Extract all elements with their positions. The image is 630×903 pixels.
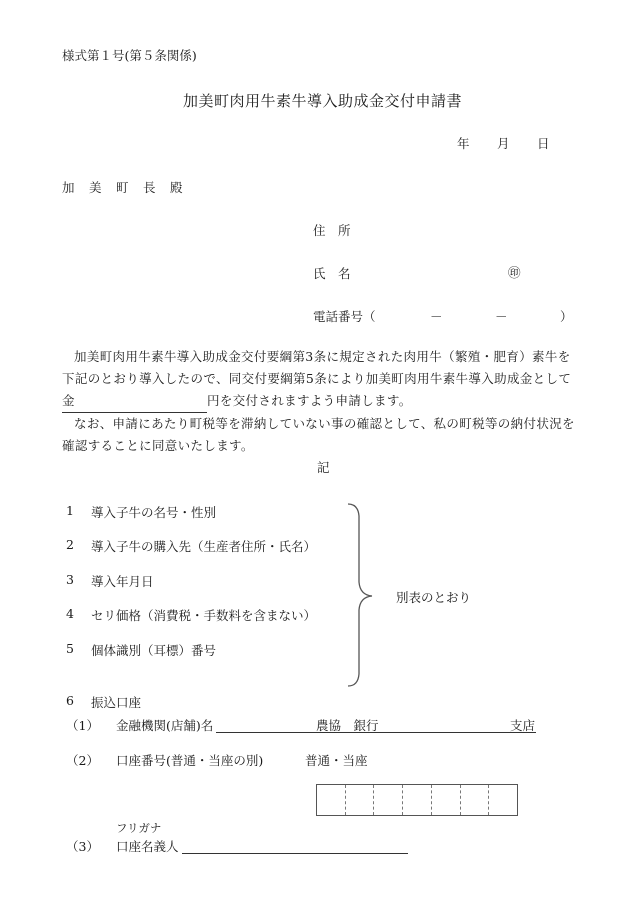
account-digit-1[interactable] (317, 785, 346, 815)
item-2-num: 2 (66, 537, 74, 552)
name-label: 氏 名 (313, 264, 351, 282)
date-month-label: 月 (497, 134, 510, 152)
phone-label: 電話番号（ (313, 307, 376, 325)
phone-close: ） (560, 307, 573, 325)
bank-row-2-num: （2） (66, 751, 99, 769)
application-body: 加美町肉用牛素牛導入助成金交付要綱第3条に規定された肉用牛（繁殖・肥育）素牛を … (62, 346, 587, 457)
bank-type-label: 農協 銀行 (316, 716, 379, 734)
bank-row-3-label: 口座名義人 (116, 837, 179, 855)
furigana-label: フリガナ (116, 820, 161, 836)
body-line-1: 加美町肉用牛素牛導入助成金交付要綱第3条に規定された肉用牛（繁殖・肥育）素牛を (62, 346, 587, 368)
phone-separator-2: － (495, 307, 508, 325)
body-line-2: 下記のとおり導入したので、同交付要綱第5条により加美町肉用牛素牛導入助成金として (62, 368, 587, 390)
account-digit-5[interactable] (432, 785, 461, 815)
body-line-4: なお、申請にあたり町税等を滞納していない事の確認として、私の町税等の納付状況を (62, 413, 587, 435)
addressee: 加 美 町 長 殿 (62, 178, 184, 196)
item-3-label: 導入年月日 (91, 572, 154, 590)
brace-note: 別表のとおり (396, 588, 471, 606)
body-line-5: 確認することに同意いたします。 (62, 435, 587, 457)
account-holder-field[interactable] (182, 837, 408, 854)
seal-mark: ㊞ (508, 263, 521, 281)
branch-label: 支店 (510, 716, 535, 734)
account-digit-2[interactable] (346, 785, 375, 815)
bank-row-2-label: 口座番号(普通・当座の別) (116, 751, 263, 769)
item-4-label: セリ価格（消費税・手数料を含まない） (91, 606, 316, 624)
document-title: 加美町肉用牛素牛導入助成金交付申請書 (183, 90, 462, 111)
amount-field[interactable]: 金 (62, 390, 207, 413)
account-digit-3[interactable] (374, 785, 403, 815)
bank-row-1-num: （1） (66, 716, 99, 734)
item-3-num: 3 (66, 572, 74, 587)
item-2-label: 導入子牛の購入先（生産者住所・氏名） (91, 537, 316, 555)
account-digit-7[interactable] (489, 785, 517, 815)
item-1-label: 導入子牛の名号・性別 (91, 503, 216, 521)
bank-row-1-label: 金融機関(店舗)名 (116, 716, 213, 734)
account-digit-4[interactable] (403, 785, 432, 815)
amount-prefix: 金 (62, 393, 75, 408)
phone-separator-1: － (430, 307, 443, 325)
date-day-label: 日 (537, 134, 550, 152)
item-5-num: 5 (66, 641, 74, 656)
bank-heading-num: 6 (66, 693, 74, 708)
bank-name-field[interactable]: 農協 銀行 支店 (216, 716, 536, 733)
account-number-boxes[interactable] (316, 784, 518, 816)
form-number: 様式第１号(第５条関係) (62, 46, 197, 64)
date-year-label: 年 (457, 134, 470, 152)
item-5-label: 個体識別（耳標）番号 (91, 641, 216, 659)
ki-heading: 記 (317, 458, 330, 476)
amount-suffix: 円を交付されますよう申請します。 (207, 393, 412, 408)
account-type-options[interactable]: 普通・当座 (305, 751, 368, 769)
item-1-num: 1 (66, 503, 74, 518)
body-line-3: 金円を交付されますよう申請します。 (62, 390, 587, 413)
account-digit-6[interactable] (461, 785, 490, 815)
curly-brace-icon (345, 500, 385, 690)
bank-heading: 振込口座 (91, 693, 141, 711)
bank-row-3-num: （3） (66, 837, 99, 855)
address-label: 住 所 (313, 221, 351, 239)
item-4-num: 4 (66, 606, 74, 621)
